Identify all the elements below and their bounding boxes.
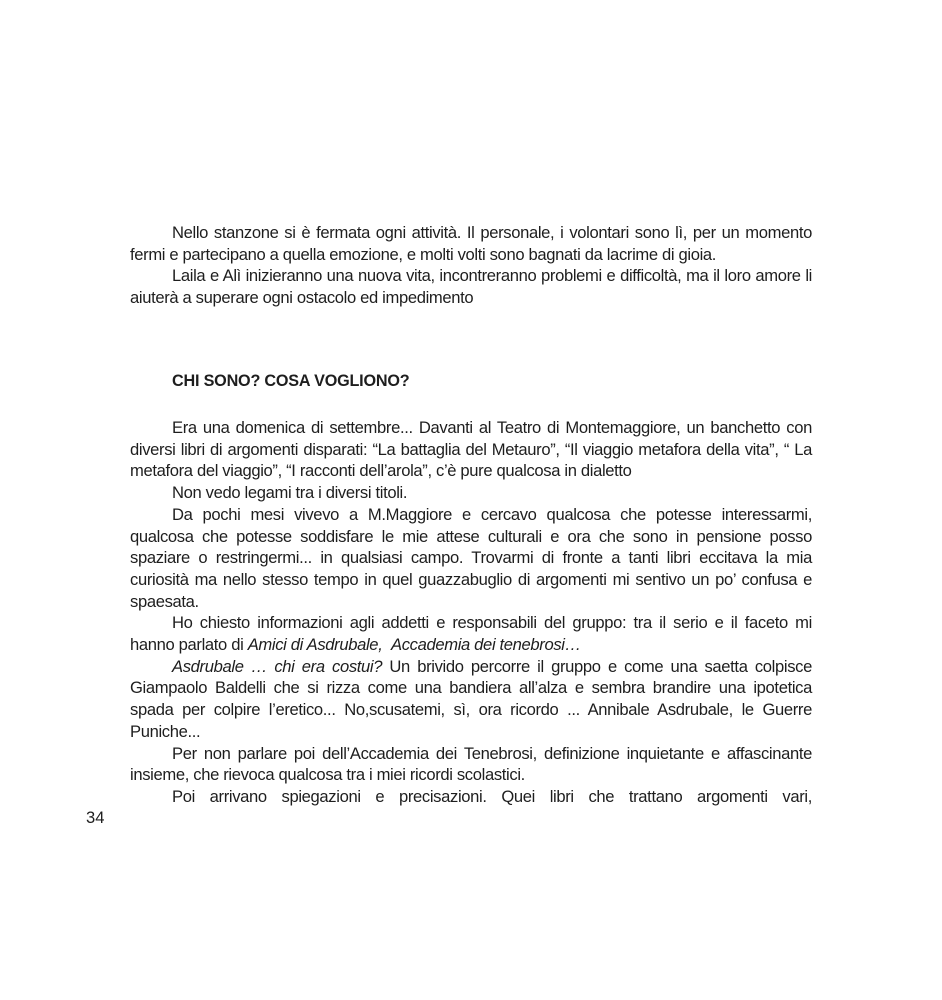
section-heading: CHI SONO? COSA VOGLIONO? [172,372,409,391]
paragraph: Era una domenica di settembre... Davanti… [130,417,812,482]
section-2-body: Era una domenica di settembre... Davanti… [130,417,812,808]
paragraph: Nello stanzone si è fermata ogni attivit… [130,222,812,265]
paragraph: Non vedo legami tra i diversi titoli. [130,482,812,504]
paragraph: Da pochi mesi vivevo a M.Maggiore e cerc… [130,504,812,613]
page-number: 34 [86,808,104,828]
section-1-body: Nello stanzone si è fermata ogni attivit… [130,222,812,309]
paragraph: Ho chiesto informazioni agli addetti e r… [130,612,812,655]
paragraph: Asdrubale … chi era costui? Un brivido p… [130,656,812,743]
italic-title: Accademia dei tenebrosi… [391,635,581,654]
paragraph: Laila e Alì inizieranno una nuova vita, … [130,265,812,308]
italic-question: Asdrubale … chi era costui? [172,657,382,676]
book-page: Nello stanzone si è fermata ogni attivit… [0,0,942,1000]
text-run [382,635,391,654]
paragraph: Per non parlare poi dell’Accademia dei T… [130,743,812,786]
italic-title: Amici di Asdrubale, [248,635,383,654]
paragraph: Poi arrivano spiegazioni e precisazioni.… [130,786,812,808]
